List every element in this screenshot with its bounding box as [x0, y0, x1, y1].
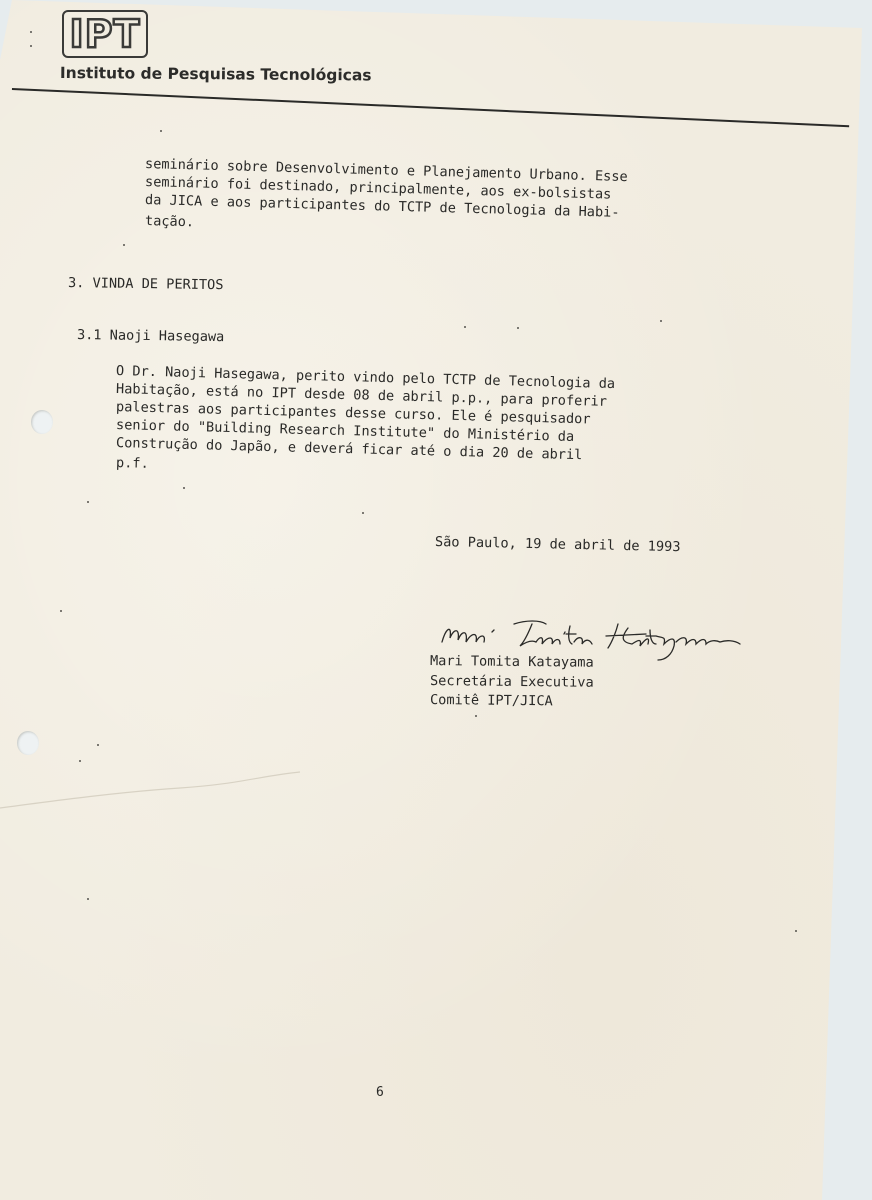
signer-title: Secretária Executiva: [430, 673, 594, 691]
place-date: São Paulo, 19 de abril de 1993: [435, 534, 681, 555]
para-line-6: p.f.: [116, 455, 149, 472]
signer-organization: Comitê IPT/JICA: [430, 692, 553, 709]
signer-name: Mari Tomita Katayama: [430, 653, 594, 671]
section-heading: 3. VINDA DE PERITOS: [68, 275, 224, 293]
intro-line-4: tação.: [145, 213, 195, 230]
page-number: 6: [376, 1085, 384, 1100]
subsection-heading: 3.1 Naoji Hasegawa: [77, 327, 225, 345]
document-body: seminário sobre Desenvolvimento e Planej…: [0, 0, 872, 1200]
